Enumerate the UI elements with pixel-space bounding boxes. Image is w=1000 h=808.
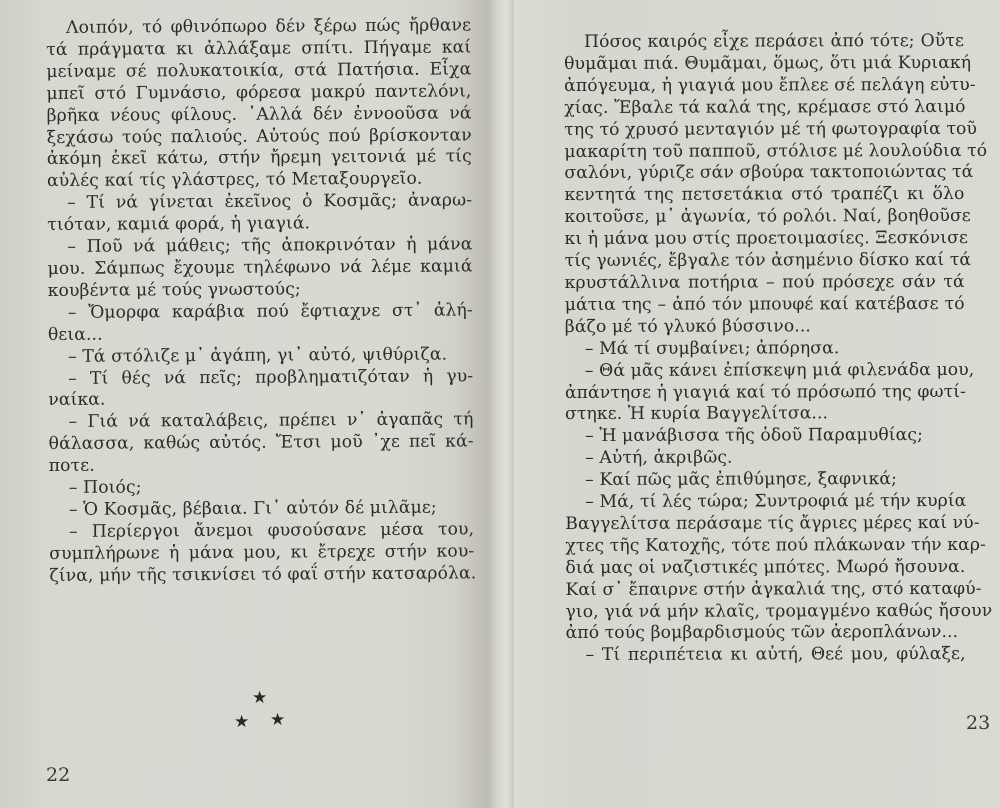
text-line: ξεχάσω τούς παλιούς. Αὐτούς πού βρίσκοντ… [47,125,472,150]
text-line: σαλόνι, γύριζε σάν σβούρα τακτοποιώντας … [564,162,964,185]
text-line: ἀπάντησε ἡ γιαγιά καί τό πρόσωπό της φωτ… [565,381,965,404]
text-line: – Τί νά γίνεται ἐκεῖνος ὁ Κοσμᾶς; ἀναρω- [47,191,472,216]
text-line: ποτε. [49,454,474,479]
text-line: – Ἡ μανάβισσα τῆς ὁδοῦ Παραμυθίας; [565,425,965,448]
text-line: ζίνα, μήν τῆς τσικνίσει τό φαΐ στήν κατσ… [49,563,474,588]
text-line: αὐλές καί τίς γλάστρες, τό Μεταξουργεῖο. [47,169,472,194]
text-line: μακαρίτη τοῦ παπποῦ, στόλισε μέ λουλούδι… [564,140,964,163]
text-line: μάτια της – ἀπό τόν μπουφέ καί κατέβασε … [565,294,965,317]
text-line: – Καί πῶς μᾶς ἐπιθύμησε, ξαφνικά; [565,469,965,492]
text-line: μείναμε σέ πολυκατοικία, στά Πατήσια. Εἶ… [46,59,471,84]
text-line: μπεῖ στό Γυμνάσιο, φόρεσα μακρύ παντελόν… [46,81,471,106]
text-line: Καί σ᾿ ἔπαιρνε στήν ἀγκαλιά της, στό κατ… [565,579,965,602]
text-line: συμπλήρωνε ἡ μάνα μου, κι ἔτρεχε στήν κο… [49,541,474,566]
left-page-text: Λοιπόν, τό φθινόπωρο δέν ξέρω πώς ἤρθανε… [46,15,474,587]
text-line: θάλασσα, καθώς αὐτός. Ἔτσι μοῦ ᾿χε πεῖ κ… [49,432,474,457]
text-line: – Μά, τί λές τώρα; Συντροφιά μέ τήν κυρί… [565,491,965,514]
text-line: – Ποῦ νά μάθεις; τῆς ἀποκρινόταν ἡ μάνα [47,234,472,259]
text-line: κρυστάλλινα ποτήρια – πού πρόσεχε σάν τά [565,272,965,295]
star-icon: ★ [270,712,285,729]
text-line: – Ὄμορφα καράβια πού ἔφτιαχνε στ᾿ ἀλή- [48,300,473,325]
book-gutter [488,0,514,808]
text-line: χίας. Ἔβαλε τά καλά της, κρέμασε στό λαι… [564,97,964,120]
right-page: Πόσος καιρός εἶχε περάσει ἀπό τότε; Οὔτε… [514,0,1000,808]
text-line: ἀπό τούς βομβαρδισμούς τῶν ἀεροπλάνων... [566,622,966,645]
text-line: διά μας οἱ ναζιστικές μπότες. Μωρό ἤσουν… [565,557,965,580]
text-line: ἀπόγευμα, ἡ γιαγιά μου ἔπλεε σέ πελάγη ε… [564,75,964,98]
text-line: μου. Σάμπως ἔχουμε τηλέφωνο νά λέμε καμι… [47,256,472,281]
text-line: γιο, γιά νά μήν κλαῖς, τρομαγμένο καθώς … [565,601,965,624]
text-line: κουβέντα μέ τούς γνωστούς; [48,278,473,303]
text-line: – Ποιός; [49,475,474,500]
text-line: βρῆκα νέους φίλους. ᾿Αλλά δέν ἐννοοῦσα ν… [47,103,472,128]
text-line: Πόσος καιρός εἶχε περάσει ἀπό τότε; Οὔτε [564,31,964,54]
text-line: θεια... [48,322,473,347]
text-line: θυμᾶμαι πιά. Θυμᾶμαι, ὅμως, ὅτι μιά Κυρι… [564,53,964,76]
text-line: – Μά τί συμβαίνει; ἀπόρησα. [565,338,965,361]
text-line: – Περίεργοι ἄνεμοι φυσούσανε μέσα του, [49,519,474,544]
page-number: 23 [966,712,990,734]
text-line: κεντητά της πετσετάκια στό τραπέζι κι ὅλ… [564,184,964,207]
text-line: – Τά στόλιζε μ᾿ ἀγάπη, γι᾿ αὐτό, ψιθύριζ… [48,344,473,369]
text-line: – Αὐτή, ἀκριβῶς. [565,447,965,470]
page-number: 22 [46,764,70,786]
text-line: βάζο μέ τό γλυκό βύσσινο... [565,316,965,339]
text-line: – Γιά νά καταλάβεις, πρέπει ν᾿ ἀγαπᾶς τή [48,410,473,435]
star-icon: ★ [234,714,249,731]
star-icon: ★ [252,690,267,707]
book-spread: Λοιπόν, τό φθινόπωρο δέν ξέρω πώς ἤρθανε… [0,0,1000,808]
text-line: – Τί θές νά πεῖς; προβληματιζόταν ἡ γυ- [48,366,473,391]
section-break-ornament: ★ ★ ★ [232,690,292,740]
text-line: τιόταν, καμιά φορά, ἡ γιαγιά. [47,213,472,238]
text-line: κι ἡ μάνα μου στίς προετοιμασίες. Ξεσκόν… [565,228,965,251]
text-line: Βαγγελίτσα περάσαμε τίς ἄγριες μέρες καί… [565,513,965,536]
text-line: – Ὁ Κοσμᾶς, βέβαια. Γι᾿ αὐτόν δέ μιλᾶμε; [49,497,474,522]
text-line: – Τί περιπέτεια κι αὐτή, Θεέ μου, φύλαξε… [566,644,966,667]
text-line: τά πράγματα κι ἀλλάξαμε σπίτι. Πήγαμε κα… [46,37,471,62]
left-page: Λοιπόν, τό φθινόπωρο δέν ξέρω πώς ἤρθανε… [0,0,488,808]
text-line: ναίκα. [48,388,473,413]
text-line: ἀκόμη ἐκεῖ κάτω, στήν ἤρεμη γειτονιά μέ … [47,147,472,172]
text-line: κοιτοῦσε, μ᾿ ἀγωνία, τό ρολόι. Ναί, βοηθ… [564,206,964,229]
text-line: τίς γωνιές, ἔβγαλε τόν ἀσημένιο δίσκο κα… [565,250,965,273]
text-line: στηκε. Ἡ κυρία Βαγγελίτσα... [565,403,965,426]
text-line: Λοιπόν, τό φθινόπωρο δέν ξέρω πώς ἤρθανε [46,15,471,40]
text-line: χτες τῆς Κατοχῆς, τότε πού πλάκωναν τήν … [565,535,965,558]
right-page-text: Πόσος καιρός εἶχε περάσει ἀπό τότε; Οὔτε… [564,31,966,667]
text-line: – Θά μᾶς κάνει ἐπίσκεψη μιά φιλενάδα μου… [565,360,965,383]
text-line: της τό χρυσό μενταγιόν μέ τή φωτογραφία … [564,119,964,142]
